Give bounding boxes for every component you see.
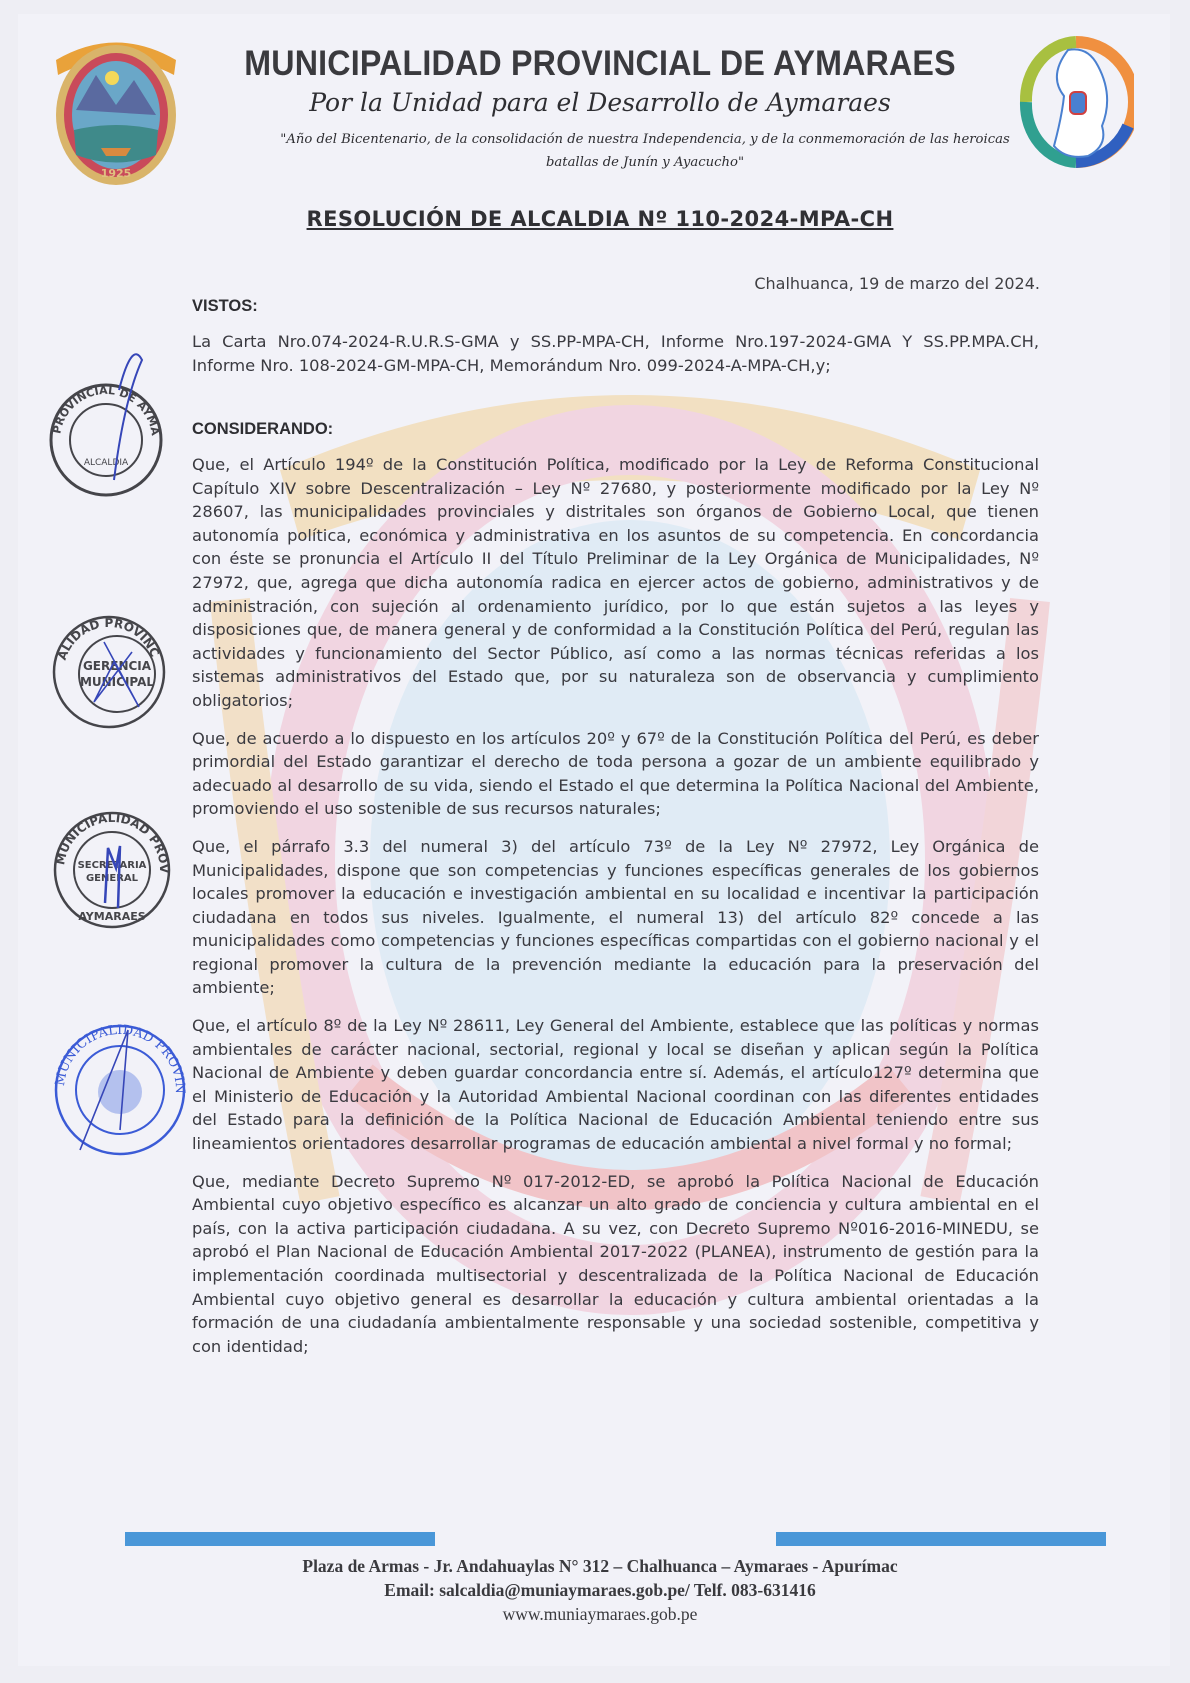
svg-text:PROVINCIAL DE AYMARAES: PROVINCIAL DE AYMARAES: [44, 330, 162, 437]
institution-name: MUNICIPALIDAD PROVINCIAL DE AYMARAES: [232, 44, 968, 84]
considerando-body: Que, el Artículo 194º de la Constitución…: [192, 453, 1039, 1372]
institution-motto: Por la Unidad para el Desarrollo de Ayma…: [200, 88, 1000, 117]
svg-text:ALCALDIA: ALCALDIA: [84, 458, 129, 468]
footer-website: www.muniaymaraes.gob.pe: [200, 1604, 1000, 1625]
aymaraes-map-icon: [1018, 36, 1134, 168]
secretaria-stamp-icon: MUNICIPALIDAD PROVINCIAL SECRETARIA GENE…: [50, 808, 175, 933]
resolution-title: RESOLUCIÓN DE ALCALDIA Nº 110-2024-MPA-C…: [200, 207, 1000, 231]
svg-text:1925: 1925: [101, 167, 132, 180]
gerencia-stamp-icon: ALIDAD PROVINC GERENCIA MUNICIPAL: [44, 612, 184, 742]
year-slogan: "Año del Bicentenario, de la consolidaci…: [280, 128, 1010, 174]
footer-address: Plaza de Armas - Jr. Andahuaylas N° 312 …: [200, 1556, 1000, 1577]
svg-text:MUNICIPAL: MUNICIPAL: [80, 675, 154, 689]
considerando-heading: CONSIDERANDO:: [192, 420, 333, 439]
footer-contact: Email: salcaldia@muniaymaraes.gob.pe/ Te…: [200, 1580, 1000, 1601]
considerando-paragraph: Que, mediante Decreto Supremo Nº 017-201…: [192, 1170, 1039, 1359]
svg-text:AYMARAES: AYMARAES: [78, 910, 145, 923]
svg-text:GENERAL: GENERAL: [86, 873, 139, 884]
vistos-text: La Carta Nro.074-2024-R.U.R.S-GMA y SS.P…: [192, 330, 1039, 377]
resolution-date: Chalhuanca, 19 de marzo del 2024.: [754, 274, 1040, 293]
blue-seal-stamp-icon: MUNICIPALIDAD PROVINCIAL: [50, 1020, 190, 1180]
considerando-paragraph: Que, de acuerdo a lo dispuesto en los ar…: [192, 727, 1039, 821]
considerando-paragraph: Que, el artículo 8º de la Ley Nº 28611, …: [192, 1014, 1039, 1156]
footer-bar-right: [776, 1532, 1106, 1546]
considerando-paragraph: Que, el Artículo 194º de la Constitución…: [192, 453, 1039, 713]
alcaldia-stamp-icon: PROVINCIAL DE AYMARAES ALCALDIA: [44, 330, 174, 500]
vistos-heading: VISTOS:: [192, 297, 258, 316]
footer-bar-left: [125, 1532, 435, 1546]
considerando-paragraph: Que, el párrafo 3.3 del numeral 3) del a…: [192, 835, 1039, 1000]
coat-of-arms-icon: 1925: [46, 30, 186, 190]
svg-text:ALIDAD PROVINC: ALIDAD PROVINC: [55, 616, 162, 662]
